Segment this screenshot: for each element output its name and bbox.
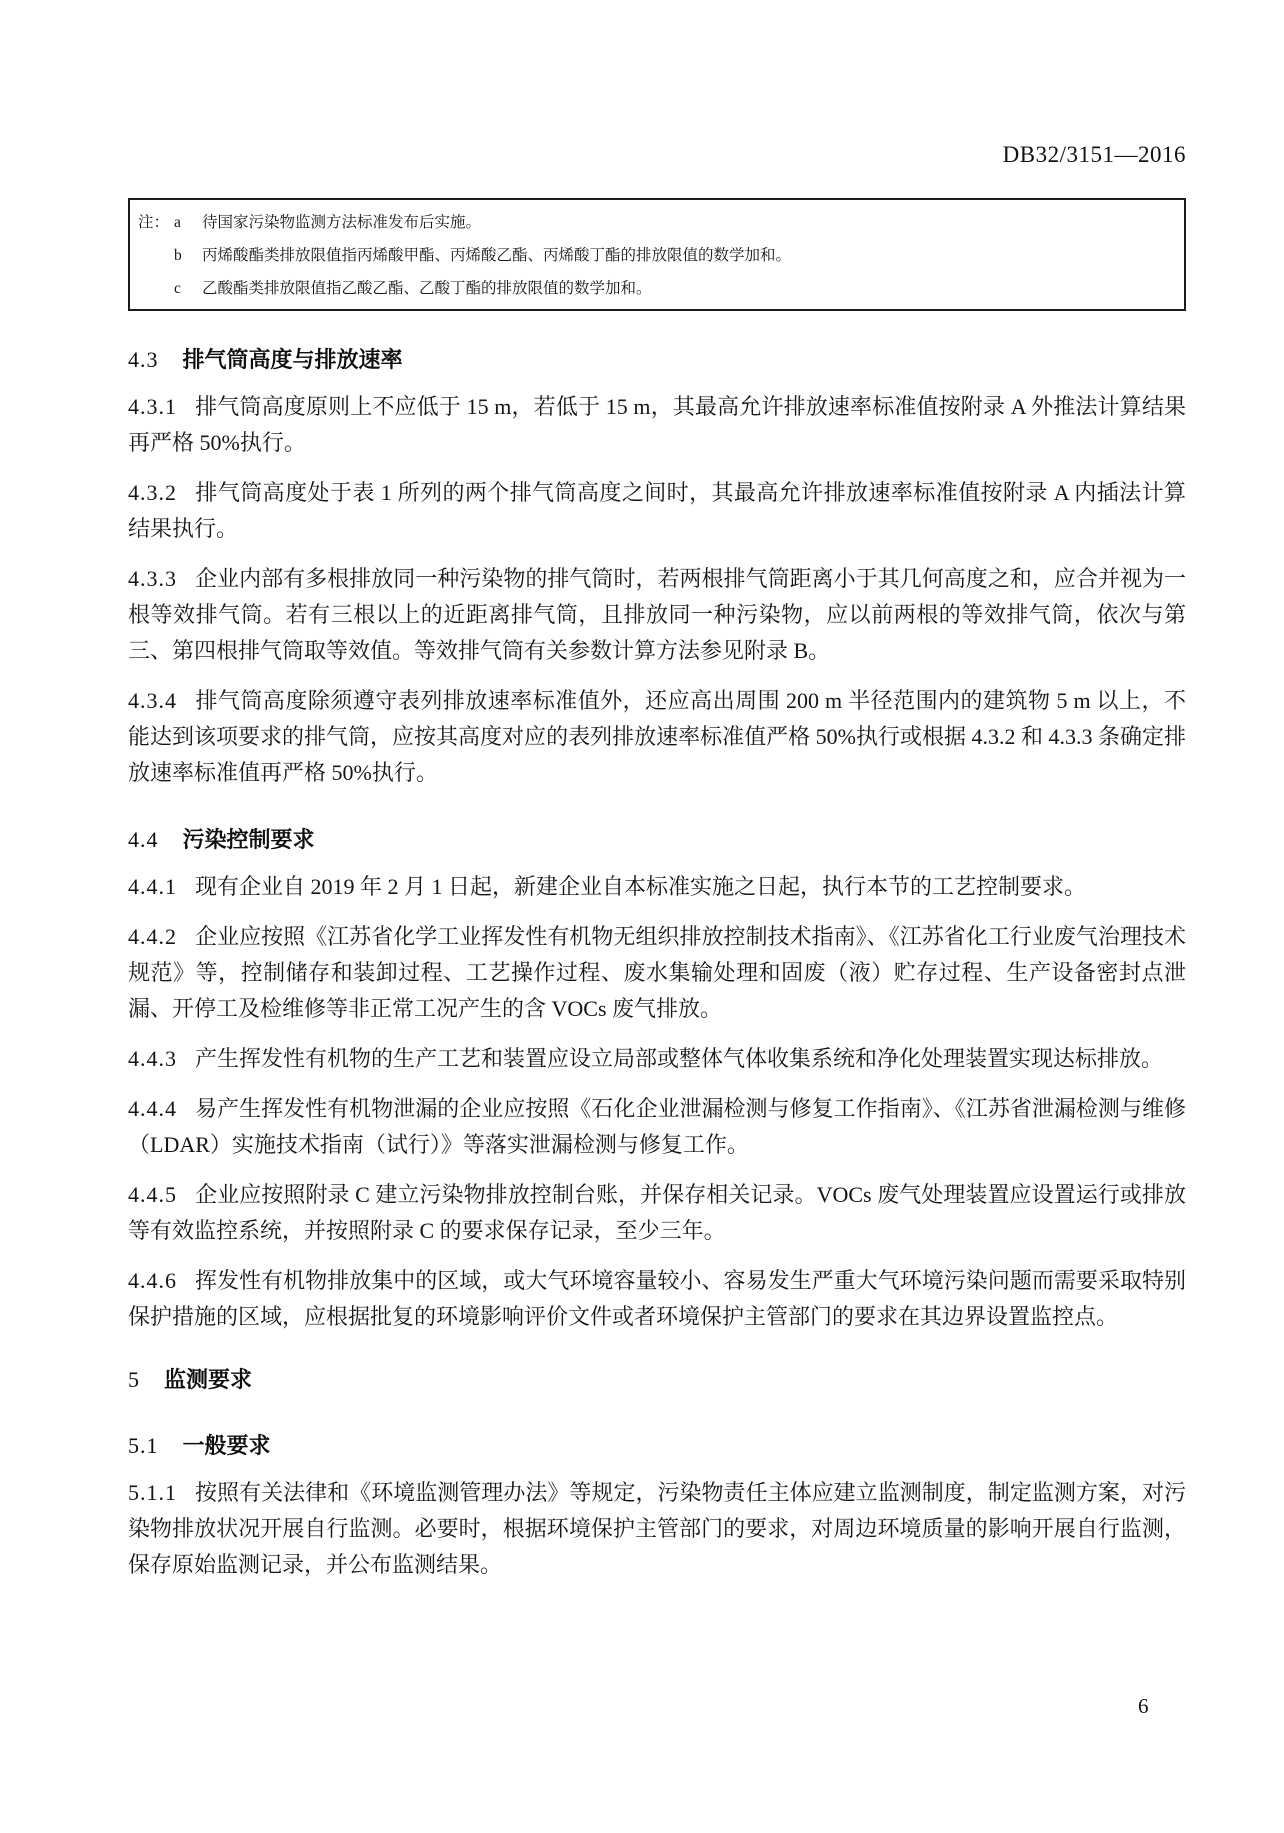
note-box: 注： a 待国家污染物监测方法标准发布后实施。 b 丙烯酸酯类排放限值指丙烯酸甲… (128, 198, 1186, 311)
heading-number: 4.4 (128, 827, 159, 852)
clause-4-3-4: 4.3.4排气筒高度除须遵守表列排放速率标准值外，还应高出周围 200 m 半径… (128, 683, 1186, 791)
clause-number: 4.3.3 (128, 566, 177, 591)
clause-number: 4.4.6 (128, 1268, 177, 1293)
clause-number: 4.4.2 (128, 924, 177, 949)
clause-text: 挥发性有机物排放集中的区域，或大气环境容量较小、容易发生严重大气环境污染问题而需… (128, 1268, 1186, 1329)
page-number: 6 (1138, 1694, 1149, 1719)
clause-4-3-1: 4.3.1排气筒高度原则上不应低于 15 m，若低于 15 m，其最高允许排放速… (128, 389, 1186, 461)
clause-number: 4.3.2 (128, 480, 177, 505)
clause-4-4-2: 4.4.2企业应按照《江苏省化学工业挥发性有机物无组织排放控制技术指南》、《江苏… (128, 919, 1186, 1027)
standard-code: DB32/3151—2016 (128, 140, 1186, 170)
clause-number: 4.3.1 (128, 394, 177, 419)
clause-text: 按照有关法律和《环境监测管理办法》等规定，污染物责任主体应建立监测制度，制定监测… (128, 1480, 1186, 1577)
note-row: c 乙酸酯类排放限值指乙酸乙酯、乙酸丁酯的排放限值的数学加和。 (138, 272, 1170, 305)
clause-text: 排气筒高度原则上不应低于 15 m，若低于 15 m，其最高允许排放速率标准值按… (128, 394, 1186, 455)
note-row: b 丙烯酸酯类排放限值指丙烯酸甲酯、丙烯酸乙酯、丙烯酸丁酯的排放限值的数学加和。 (138, 239, 1170, 272)
heading-number: 4.3 (128, 347, 159, 372)
heading-number: 5 (128, 1367, 140, 1392)
clause-4-4-4: 4.4.4易产生挥发性有机物泄漏的企业应按照《石化企业泄漏检测与修复工作指南》、… (128, 1091, 1186, 1163)
section-heading-4-4: 4.4污染控制要求 (128, 825, 1186, 855)
clause-text: 排气筒高度除须遵守表列排放速率标准值外，还应高出周围 200 m 半径范围内的建… (128, 688, 1186, 785)
clause-text: 企业应按照附录 C 建立污染物排放控制台账，并保存相关记录。VOCs 废气处理装… (128, 1182, 1186, 1243)
clause-number: 4.4.1 (128, 874, 177, 899)
clause-number: 4.4.3 (128, 1046, 177, 1071)
heading-text: 排气筒高度与排放速率 (183, 347, 403, 372)
clause-text: 易产生挥发性有机物泄漏的企业应按照《石化企业泄漏检测与修复工作指南》、《江苏省泄… (128, 1096, 1186, 1157)
clause-number: 4.4.4 (128, 1096, 177, 1121)
clause-4-3-2: 4.3.2排气筒高度处于表 1 所列的两个排气筒高度之间时，其最高允许排放速率标… (128, 475, 1186, 547)
clause-text: 企业应按照《江苏省化学工业挥发性有机物无组织排放控制技术指南》、《江苏省化工行业… (128, 924, 1186, 1021)
note-text: 待国家污染物监测方法标准发布后实施。 (202, 206, 1170, 239)
section-heading-4-3: 4.3排气筒高度与排放速率 (128, 345, 1186, 375)
clause-text: 产生挥发性有机物的生产工艺和装置应设立局部或整体气体收集系统和净化处理装置实现达… (195, 1046, 1163, 1071)
note-marker: c (174, 272, 202, 305)
section-heading-5-1: 5.1一般要求 (128, 1431, 1186, 1461)
document-page: DB32/3151—2016 注： a 待国家污染物监测方法标准发布后实施。 b… (0, 0, 1284, 1833)
clause-number: 4.4.5 (128, 1182, 177, 1207)
heading-text: 污染控制要求 (183, 827, 315, 852)
chapter-heading-5: 5监测要求 (128, 1365, 1186, 1395)
heading-text: 监测要求 (164, 1367, 252, 1392)
clause-4-4-6: 4.4.6挥发性有机物排放集中的区域，或大气环境容量较小、容易发生严重大气环境污… (128, 1263, 1186, 1335)
note-row: 注： a 待国家污染物监测方法标准发布后实施。 (138, 206, 1170, 239)
clause-4-4-1: 4.4.1现有企业自 2019 年 2 月 1 日起，新建企业自本标准实施之日起… (128, 869, 1186, 905)
note-text: 丙烯酸酯类排放限值指丙烯酸甲酯、丙烯酸乙酯、丙烯酸丁酯的排放限值的数学加和。 (202, 239, 1170, 272)
heading-text: 一般要求 (183, 1433, 271, 1458)
heading-number: 5.1 (128, 1433, 159, 1458)
note-marker: b (174, 239, 202, 272)
clause-text: 企业内部有多根排放同一种污染物的排气筒时，若两根排气筒距离小于其几何高度之和，应… (128, 566, 1186, 663)
clause-number: 5.1.1 (128, 1480, 177, 1505)
note-label (138, 272, 174, 305)
clause-4-4-3: 4.4.3产生挥发性有机物的生产工艺和装置应设立局部或整体气体收集系统和净化处理… (128, 1041, 1186, 1077)
clause-text: 排气筒高度处于表 1 所列的两个排气筒高度之间时，其最高允许排放速率标准值按附录… (128, 480, 1186, 541)
note-marker: a (174, 206, 202, 239)
clause-text: 现有企业自 2019 年 2 月 1 日起，新建企业自本标准实施之日起，执行本节… (195, 874, 1086, 899)
note-label: 注： (138, 206, 174, 239)
clause-5-1-1: 5.1.1按照有关法律和《环境监测管理办法》等规定，污染物责任主体应建立监测制度… (128, 1475, 1186, 1583)
clause-number: 4.3.4 (128, 688, 177, 713)
note-text: 乙酸酯类排放限值指乙酸乙酯、乙酸丁酯的排放限值的数学加和。 (202, 272, 1170, 305)
note-label (138, 239, 174, 272)
clause-4-3-3: 4.3.3企业内部有多根排放同一种污染物的排气筒时，若两根排气筒距离小于其几何高… (128, 561, 1186, 669)
clause-4-4-5: 4.4.5企业应按照附录 C 建立污染物排放控制台账，并保存相关记录。VOCs … (128, 1177, 1186, 1249)
